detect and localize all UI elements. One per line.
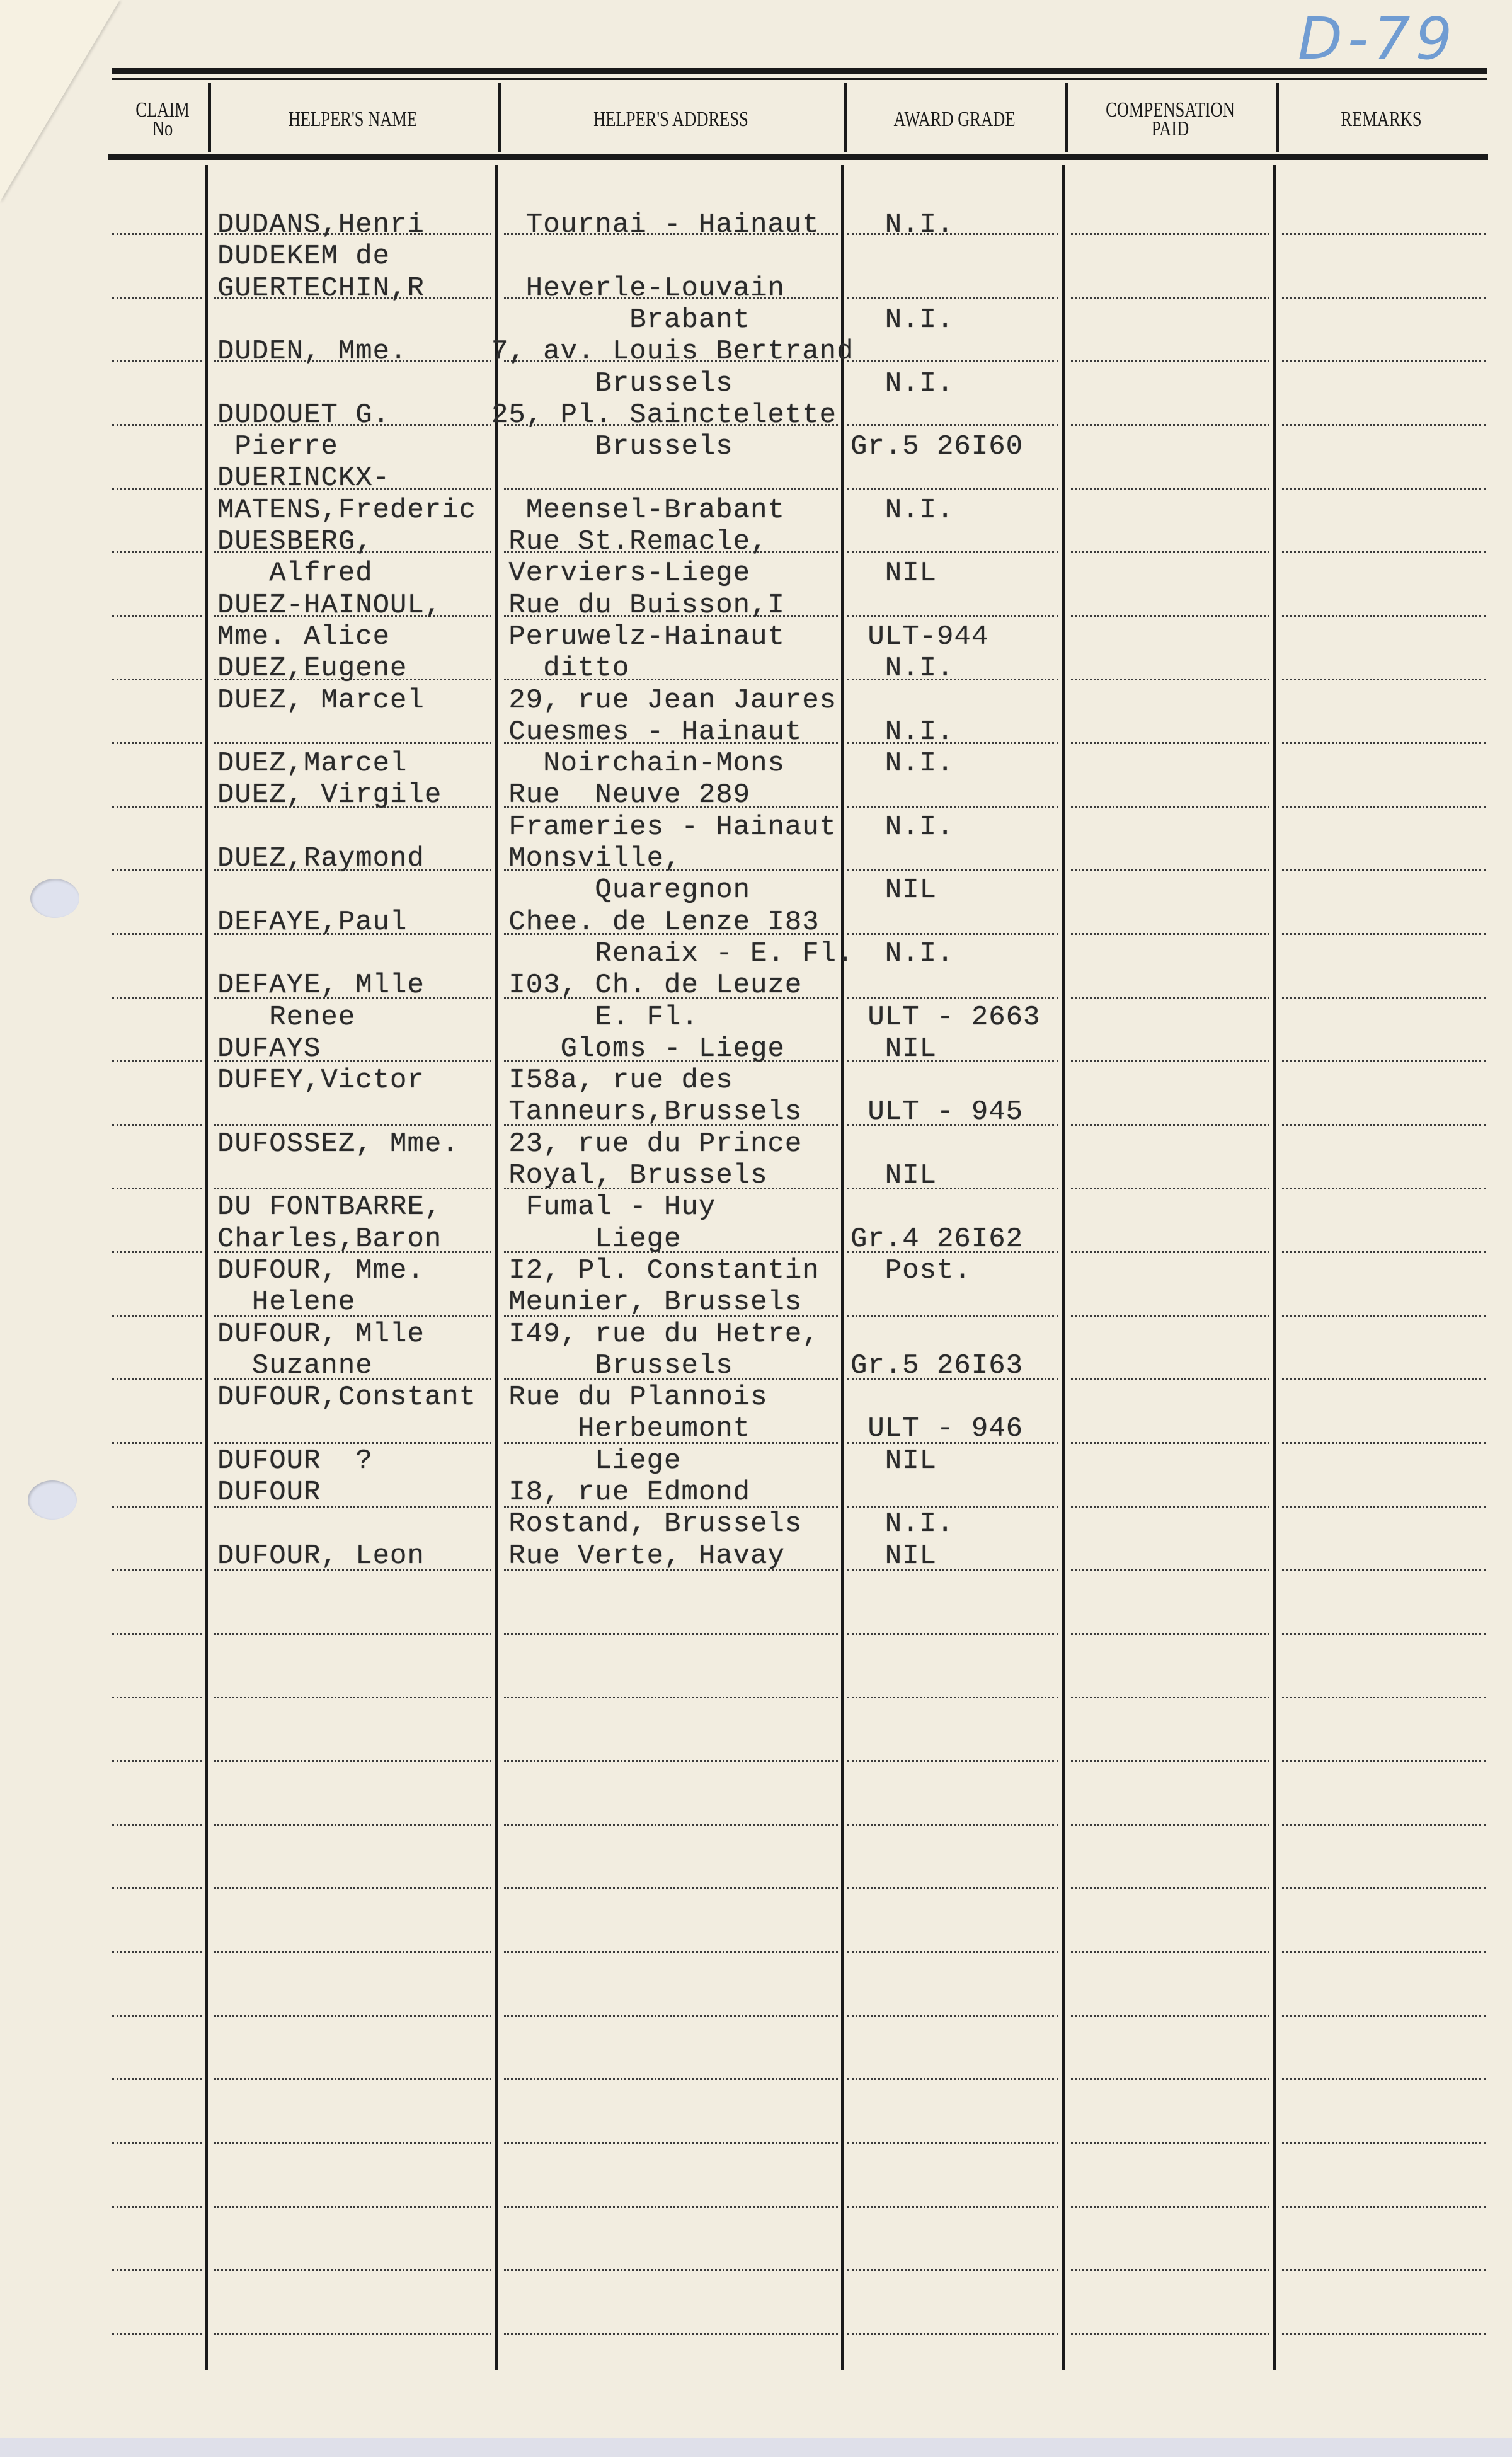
ruling-line	[1282, 806, 1486, 808]
entry-address: Brussels	[491, 431, 733, 462]
entry-address: Renaix - E. Fl.	[491, 938, 854, 970]
entry-name: DUEZ-HAINOUL,	[217, 590, 442, 621]
entry-address: Rue Verte, Havay	[491, 1540, 785, 1572]
ruling-line	[112, 297, 202, 299]
punch-hole	[28, 1480, 77, 1520]
ruling-line	[504, 2078, 838, 2080]
ruling-line	[112, 1378, 202, 1380]
ruling-line	[1282, 1824, 1486, 1826]
ruling-line	[112, 615, 202, 617]
ruling-line	[847, 424, 1058, 426]
ruling-line	[1071, 615, 1269, 617]
entry-name: Suzanne	[217, 1350, 373, 1382]
entry-address: Quaregnon	[491, 874, 750, 906]
column-divider	[208, 83, 211, 152]
entry-name: Renee	[217, 1002, 355, 1033]
ruling-line	[214, 1697, 491, 1698]
column-header-label: HELPER'S ADDRESS	[593, 110, 748, 129]
ruling-line	[1071, 1506, 1269, 1508]
ruling-line	[1071, 233, 1269, 235]
ruling-line	[214, 742, 491, 744]
ruling-line	[1282, 1251, 1486, 1253]
ruling-line	[504, 2206, 838, 2208]
ruling-line	[847, 1315, 1058, 1317]
ruling-line	[1282, 1124, 1486, 1126]
ruling-line	[1071, 806, 1269, 808]
ruling-line	[1282, 1760, 1486, 1762]
ruling-line	[504, 2015, 838, 2017]
ruling-line	[112, 551, 202, 553]
entry-name: DUFOUR ?	[217, 1445, 373, 1477]
ruling-line	[1282, 1315, 1486, 1317]
ruling-line	[1071, 1060, 1269, 1062]
column-header-award: AWARD GRADE	[869, 82, 1041, 157]
ruling-line	[1282, 997, 1486, 999]
ruling-line	[214, 1824, 491, 1826]
entry-award: NIL	[850, 874, 937, 906]
ruling-line	[847, 297, 1058, 299]
ruling-line	[112, 360, 202, 362]
ruling-line	[112, 1951, 202, 1953]
ruling-line	[1071, 2333, 1269, 2335]
entry-address: Chee. de Lenze I83	[491, 907, 820, 938]
ruling-line	[1282, 679, 1486, 680]
entry-name: DUEZ, Marcel	[217, 685, 425, 716]
ruling-line	[112, 1060, 202, 1062]
ruling-line	[1071, 997, 1269, 999]
entry-award: NIL	[850, 1540, 937, 1572]
column-divider	[844, 83, 847, 152]
ruling-line	[504, 488, 838, 490]
header-top-thin-rule	[112, 78, 1487, 80]
column-divider	[1062, 165, 1065, 2370]
ruling-line	[847, 360, 1058, 362]
ruling-line	[504, 1951, 838, 1953]
entry-address: Verviers-Liege	[491, 558, 750, 589]
entry-award: N.I.	[850, 209, 954, 241]
ruling-line	[847, 1824, 1058, 1826]
ruling-line	[1071, 2206, 1269, 2208]
ruling-line	[112, 2142, 202, 2144]
ruling-line	[1282, 1951, 1486, 1953]
ruling-line	[1071, 2142, 1269, 2144]
ruling-line	[1282, 1442, 1486, 1444]
ruling-line	[504, 1887, 838, 1889]
entry-name: DUDOUET G.	[217, 399, 390, 431]
entry-name: DUERINCKX-	[217, 462, 390, 494]
ruling-line	[504, 1697, 838, 1698]
entry-address: Liege	[491, 1223, 681, 1255]
entry-address: 23, rue du Prince	[491, 1128, 802, 1160]
column-header-label: AWARD GRADE	[893, 110, 1015, 129]
ruling-line	[1282, 1633, 1486, 1635]
header-top-rule	[112, 68, 1487, 74]
entry-address: Liege	[491, 1445, 681, 1477]
ruling-line	[1282, 2269, 1486, 2271]
ruling-line	[847, 933, 1058, 935]
entry-award: N.I.	[850, 368, 954, 399]
entry-name: DUDANS,Henri	[217, 209, 425, 241]
ruling-line	[1071, 1824, 1269, 1826]
ruling-line	[214, 1951, 491, 1953]
entry-address: Meensel-Brabant	[491, 495, 785, 526]
entry-address: 7, av. Louis Bertrand	[491, 336, 854, 367]
ruling-line	[1282, 2015, 1486, 2017]
entry-name: DUDEKEM de	[217, 241, 390, 272]
ruling-line	[1282, 1697, 1486, 1698]
ruling-line	[1071, 2015, 1269, 2017]
column-header-claim: CLAIM No	[123, 82, 202, 157]
entry-address: Brabant	[491, 304, 750, 336]
ruling-line	[214, 2206, 491, 2208]
entry-name: Charles,Baron	[217, 1223, 442, 1255]
entry-name: DU FONTBARRE,	[217, 1191, 442, 1223]
ruling-line	[112, 1887, 202, 1889]
ruling-line	[112, 233, 202, 235]
column-header-label: REMARKS	[1341, 110, 1421, 129]
entry-name: GUERTECHIN,R	[217, 273, 425, 304]
ruling-line	[504, 1633, 838, 1635]
ruling-line	[1071, 1124, 1269, 1126]
entry-award: NIL	[850, 1445, 937, 1477]
ruling-line	[504, 2269, 838, 2271]
column-divider	[1065, 83, 1068, 152]
reference-mark: D-79	[1298, 5, 1457, 72]
entry-address: Rostand, Brussels	[491, 1508, 802, 1540]
ruling-line	[1282, 2333, 1486, 2335]
entry-address: Tanneurs,Brussels	[491, 1096, 802, 1128]
ruling-line	[214, 1188, 491, 1189]
ruling-line	[1071, 1251, 1269, 1253]
ruling-line	[112, 1824, 202, 1826]
ruling-line	[504, 1760, 838, 1762]
ruling-line	[847, 1633, 1058, 1635]
entry-award: N.I.	[850, 716, 954, 748]
ruling-line	[1071, 869, 1269, 871]
ruling-line	[112, 679, 202, 680]
entry-name: DUFOUR, Mme.	[217, 1255, 425, 1286]
entry-address: E. Fl.	[491, 1002, 699, 1033]
entry-address: Rue Neuve 289	[491, 779, 750, 811]
entry-award: ULT - 945	[850, 1096, 1023, 1128]
entry-name: DUFEY,Victor	[217, 1065, 425, 1096]
entry-address: Monsville,	[491, 843, 681, 874]
column-header-label: COMPENSATION PAID	[1106, 101, 1235, 139]
ruling-line	[214, 2015, 491, 2017]
column-header-label: CLAIM No	[135, 101, 189, 139]
ruling-line	[1282, 551, 1486, 553]
entry-award: N.I.	[850, 495, 954, 526]
entry-address: I2, Pl. Constantin	[491, 1255, 820, 1286]
ruling-line	[214, 1442, 491, 1444]
entry-name: DUFOUR,Constant	[217, 1382, 476, 1413]
ruling-line	[1071, 1697, 1269, 1698]
entry-award: NIL	[850, 1033, 937, 1065]
ruling-line	[1282, 297, 1486, 299]
punch-hole	[30, 879, 79, 918]
ruling-line	[1282, 1378, 1486, 1380]
ruling-line	[214, 2078, 491, 2080]
column-header-compensation: COMPENSATION PAID	[1088, 82, 1252, 157]
entry-address: Tournai - Hainaut	[491, 209, 820, 241]
entry-address: Cuesmes - Hainaut	[491, 716, 802, 748]
entry-address: Brussels	[491, 368, 733, 399]
entry-name: DEFAYE,Paul	[217, 907, 407, 938]
record-card: D-79 CLAIM No HELPER'S NAME HELPER'S ADD…	[0, 0, 1512, 2438]
column-header-remarks: REMARKS	[1299, 82, 1463, 157]
ruling-line	[214, 1124, 491, 1126]
ruling-line	[1071, 2078, 1269, 2080]
ruling-line	[112, 1251, 202, 1253]
ruling-line	[847, 2206, 1058, 2208]
ruling-line	[504, 1824, 838, 1826]
ruling-line	[1282, 1060, 1486, 1062]
ruling-line	[1071, 360, 1269, 362]
ruling-line	[1071, 424, 1269, 426]
column-header-address: HELPER'S ADDRESS	[536, 82, 806, 157]
entry-award: N.I.	[850, 653, 954, 684]
entry-address: Noirchain-Mons	[491, 748, 785, 779]
ruling-line	[112, 488, 202, 490]
entry-name: DUEZ, Virgile	[217, 779, 442, 811]
entry-name: Alfred	[217, 558, 373, 589]
ruling-line	[847, 1760, 1058, 1762]
column-divider	[1276, 83, 1279, 152]
entry-award: NIL	[850, 558, 937, 589]
entry-award: N.I.	[850, 1508, 954, 1540]
entry-address: Fumal - Huy	[491, 1191, 716, 1223]
ruling-line	[214, 1633, 491, 1635]
entry-name: DUEZ,Raymond	[217, 843, 425, 874]
ruling-line	[847, 2269, 1058, 2271]
ruling-line	[847, 1506, 1058, 1508]
ruling-line	[847, 551, 1058, 553]
ruling-line	[847, 488, 1058, 490]
entry-address: Frameries - Hainaut	[491, 811, 837, 843]
ruling-line	[112, 1760, 202, 1762]
entry-name: Pierre	[217, 431, 338, 462]
entry-address: Brussels	[491, 1350, 733, 1382]
ruling-line	[1071, 1442, 1269, 1444]
ruling-line	[847, 997, 1058, 999]
ruling-line	[214, 2333, 491, 2335]
ruling-line	[1282, 233, 1486, 235]
entry-address: I49, rue du Hetre,	[491, 1319, 820, 1350]
entry-address: Rue du Plannois	[491, 1382, 767, 1413]
ruling-line	[847, 1951, 1058, 1953]
ruling-line	[1071, 742, 1269, 744]
ruling-line	[112, 1506, 202, 1508]
entry-address: I58a, rue des	[491, 1065, 733, 1096]
entry-name: Helene	[217, 1286, 355, 1318]
ruling-line	[214, 1760, 491, 1762]
ruling-line	[112, 997, 202, 999]
ruling-line	[1071, 933, 1269, 935]
ruling-line	[1282, 424, 1486, 426]
entry-name: DUFOUR	[217, 1477, 321, 1508]
entry-name: DUEZ,Marcel	[217, 748, 407, 779]
ruling-line	[112, 2333, 202, 2335]
ruling-line	[112, 2269, 202, 2271]
ruling-line	[504, 2142, 838, 2144]
ruling-line	[847, 615, 1058, 617]
ruling-line	[847, 2015, 1058, 2017]
ruling-line	[1071, 679, 1269, 680]
entry-name: DUESBERG,	[217, 526, 373, 558]
ruling-line	[847, 869, 1058, 871]
entry-award: N.I.	[850, 748, 954, 779]
entry-address: Meunier, Brussels	[491, 1286, 802, 1318]
ruling-line	[1282, 1506, 1486, 1508]
ruling-line	[112, 1188, 202, 1189]
entry-name: MATENS,Frederic	[217, 495, 476, 526]
entry-award: ULT - 2663	[850, 1002, 1040, 1033]
ruling-line	[112, 2206, 202, 2208]
ruling-line	[1071, 1315, 1269, 1317]
ruling-line	[1071, 551, 1269, 553]
entry-award: ULT - 946	[850, 1413, 1023, 1445]
entry-name: DEFAYE, Mlle	[217, 970, 425, 1001]
ruling-line	[112, 806, 202, 808]
entry-name: DUFOSSEZ, Mme.	[217, 1128, 459, 1160]
ruling-line	[214, 1887, 491, 1889]
ruling-line	[1282, 1569, 1486, 1571]
ruling-line	[112, 2015, 202, 2017]
ruling-line	[214, 2269, 491, 2271]
entry-name: DUFOUR, Mlle	[217, 1319, 425, 1350]
entry-address: Gloms - Liege	[491, 1033, 785, 1065]
ruling-line	[1071, 1951, 1269, 1953]
ruling-line	[112, 1442, 202, 1444]
entry-address: Heverle-Louvain	[491, 273, 785, 304]
ruling-line	[112, 1569, 202, 1571]
ruling-line	[112, 2078, 202, 2080]
ruling-line	[1282, 488, 1486, 490]
column-divider	[498, 83, 501, 152]
ruling-line	[847, 2142, 1058, 2144]
ruling-line	[112, 1633, 202, 1635]
ruling-line	[1282, 933, 1486, 935]
entry-award: N.I.	[850, 938, 954, 970]
entry-award: Post.	[850, 1255, 971, 1286]
ruling-line	[112, 424, 202, 426]
ruling-line	[214, 2142, 491, 2144]
entry-address: 29, rue Jean Jaures	[491, 685, 837, 716]
ruling-line	[847, 2333, 1058, 2335]
entry-award: ULT-944	[850, 621, 988, 653]
ruling-line	[847, 1697, 1058, 1698]
entry-address: Royal, Brussels	[491, 1160, 767, 1191]
entry-award: N.I.	[850, 304, 954, 336]
entry-address: Peruwelz-Hainaut	[491, 621, 785, 653]
ruling-line	[112, 933, 202, 935]
ruling-line	[1282, 615, 1486, 617]
ruling-line	[847, 806, 1058, 808]
ruling-line	[112, 1697, 202, 1698]
ruling-line	[1071, 1188, 1269, 1189]
entry-name: DUDEN, Mme.	[217, 336, 407, 367]
ruling-line	[1071, 1569, 1269, 1571]
ruling-line	[1071, 1633, 1269, 1635]
entry-address: 25, Pl. Sainctelette	[491, 399, 837, 431]
ruling-line	[112, 742, 202, 744]
entry-address: Rue St.Remacle,	[491, 526, 767, 558]
entry-address: I03, Ch. de Leuze	[491, 970, 802, 1001]
ruling-line	[1282, 1887, 1486, 1889]
ruling-line	[847, 2078, 1058, 2080]
column-divider	[1273, 165, 1276, 2370]
column-header-label: HELPER'S NAME	[289, 110, 417, 129]
ruling-line	[112, 1315, 202, 1317]
ruling-line	[112, 1124, 202, 1126]
entry-address: Herbeumont	[491, 1413, 750, 1445]
column-divider	[841, 165, 844, 2370]
ruling-line	[847, 1887, 1058, 1889]
ruling-line	[1282, 742, 1486, 744]
entry-name: DUFAYS	[217, 1033, 321, 1065]
ruling-line	[1071, 297, 1269, 299]
entry-address: ditto	[491, 653, 629, 684]
entry-name: Mme. Alice	[217, 621, 390, 653]
ruling-line	[1071, 1887, 1269, 1889]
entry-name: DUFOUR, Leon	[217, 1540, 425, 1572]
ruling-line	[504, 2333, 838, 2335]
ruling-line	[1282, 2142, 1486, 2144]
entry-award: N.I.	[850, 811, 954, 843]
ruling-line	[1071, 1760, 1269, 1762]
column-divider	[205, 165, 208, 2370]
entry-address: I8, rue Edmond	[491, 1477, 750, 1508]
ruling-line	[1282, 2078, 1486, 2080]
entry-award: Gr.5 26I60	[850, 431, 1023, 462]
column-header-name: HELPER'S NAME	[240, 82, 466, 157]
entry-address: Rue du Buisson,I	[491, 590, 785, 621]
entry-award: Gr.4 26I62	[850, 1223, 1023, 1255]
ruling-line	[112, 869, 202, 871]
ruling-line	[1071, 2269, 1269, 2271]
ruling-line	[1282, 2206, 1486, 2208]
ruling-line	[1071, 1378, 1269, 1380]
ruling-line	[1282, 1188, 1486, 1189]
entry-name: DUEZ,Eugene	[217, 653, 407, 684]
ruling-line	[1282, 869, 1486, 871]
folded-corner	[0, 0, 120, 202]
ruling-line	[1282, 360, 1486, 362]
entry-award: NIL	[850, 1160, 937, 1191]
ruling-line	[1071, 488, 1269, 490]
entry-award: Gr.5 26I63	[850, 1350, 1023, 1382]
